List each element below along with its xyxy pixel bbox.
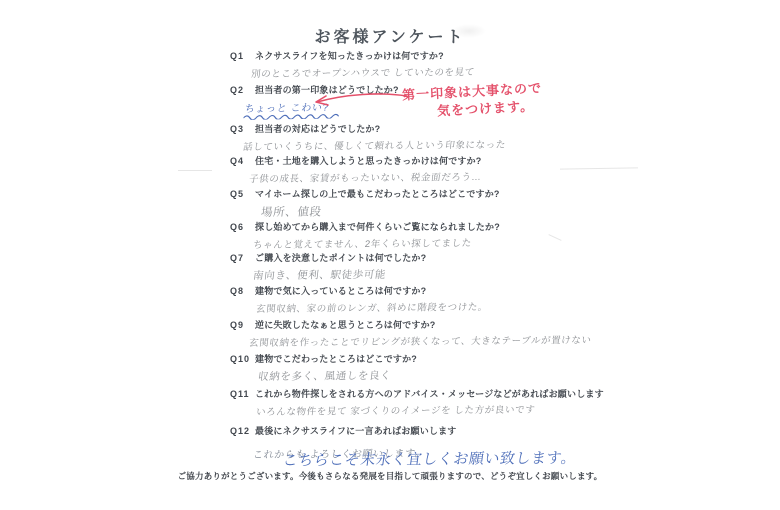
question-block-q1: Q1 ネクサスライフを知ったきっかけは何ですか? 別のところでオープンハウスで … xyxy=(230,49,476,80)
handwritten-answer: 南向き、便利、駅徒歩可能 xyxy=(252,269,386,282)
question-block-q10: Q10 建物でこだわったところはどこですか? 収納を多く、風通しを良く xyxy=(230,352,417,384)
question-block-q6: Q6 探し始めてから購入まで何件くらいご覧になられましたか? ちゃんと覚えてませ… xyxy=(230,220,500,251)
question-number: Q1 xyxy=(230,51,255,61)
survey-footer: ご協力ありがとうございます。今後もさらなる発展を目指して頑張りますので、どうぞ宜… xyxy=(0,470,780,482)
wavy-underline xyxy=(243,112,339,120)
question-text: 住宅・土地を購入しようと思ったきっかけは何ですか? xyxy=(255,154,482,167)
red-annotation-line2: 気をつけます。 xyxy=(437,95,535,119)
handwritten-answer: 話していくうちに、優しくて頼れる人という印象になった xyxy=(242,140,506,153)
question-text: マイホーム探しの上で最もこだわったところはどこですか? xyxy=(255,187,500,200)
question-number: Q5 xyxy=(230,189,255,199)
company-reply-handwriting: こちらこそ末永く宜しくお願い致します。 xyxy=(281,447,577,471)
handwritten-answer: 収納を多く、風通しを良く xyxy=(257,370,392,383)
handwritten-answer: 別のところでオープンハウスで していたのを見て xyxy=(250,67,475,80)
handwritten-answer: 子供の成長、家賃がもったいない、税金面だろう… xyxy=(248,172,482,185)
question-text: 担当者の対応はどうでしたか? xyxy=(255,122,380,135)
question-text: 建物でこだわったところはどこですか? xyxy=(255,352,417,365)
question-text: 逆に失敗したなぁと思うところは何ですか? xyxy=(255,318,436,331)
scan-artifact xyxy=(560,167,638,169)
question-text: ネクサスライフを知ったきっかけは何ですか? xyxy=(255,49,444,62)
question-number: Q9 xyxy=(230,320,255,330)
question-number: Q2 xyxy=(230,85,255,95)
question-text: 最後にネクサスライフに一言あればお願いします xyxy=(255,424,457,437)
question-text: これから物件探しをされる方へのアドバイス・メッセージなどがあればお願いします xyxy=(255,387,604,400)
handwritten-answer: いろんな物件を見て 家づくりのイメージを した方が良いです xyxy=(255,405,535,418)
question-number: Q3 xyxy=(230,124,255,134)
scanned-survey-page: お客様アンケート Q1 ネクサスライフを知ったきっかけは何ですか? 別のところで… xyxy=(0,0,780,510)
handwritten-answer: ちゃんと覚えてません、2年くらい探してました xyxy=(252,238,472,251)
question-text: 建物で気に入っているところは何ですか? xyxy=(255,284,426,297)
question-block-q7: Q7 ご購入を決意したポイントは何でしたか? 南向き、便利、駅徒歩可能 xyxy=(230,251,426,283)
question-block-q11: Q11 これから物件探しをされる方へのアドバイス・メッセージなどがあればお願いし… xyxy=(230,387,604,418)
scan-artifact xyxy=(178,170,212,171)
question-number: Q8 xyxy=(230,286,255,296)
question-block-q9: Q9 逆に失敗したなぁと思うところは何ですか? 玄関収納を作ったことでリビングが… xyxy=(230,318,592,349)
question-number: Q12 xyxy=(230,426,255,436)
red-arrow-icon xyxy=(308,92,408,108)
handwritten-answer: 玄関収納、家の前のレンガ、斜めに階段をつけた。 xyxy=(255,302,488,315)
scan-artifact xyxy=(548,234,561,241)
question-block-q3: Q3 担当者の対応はどうでしたか? 話していくうちに、優しくて頼れる人という印象… xyxy=(230,122,507,153)
handwritten-answer: 玄関収納を作ったことでリビングが狭くなって、大きなテーブルが置けない xyxy=(248,335,592,349)
question-block-q8: Q8 建物で気に入っているところは何ですか? 玄関収納、家の前のレンガ、斜めに階… xyxy=(230,284,489,315)
question-text: ご購入を決意したポイントは何でしたか? xyxy=(255,251,426,264)
question-number: Q10 xyxy=(230,354,255,364)
question-number: Q6 xyxy=(230,222,255,232)
handwritten-answer: 場所、値段 xyxy=(260,206,322,219)
survey-title: お客様アンケート xyxy=(0,24,780,47)
question-number: Q7 xyxy=(230,253,255,263)
question-block-q4: Q4 住宅・土地を購入しようと思ったきっかけは何ですか? 子供の成長、家賃がもっ… xyxy=(230,154,482,185)
question-number: Q11 xyxy=(230,389,255,399)
question-number: Q4 xyxy=(230,156,255,166)
question-text: 探し始めてから購入まで何件くらいご覧になられましたか? xyxy=(255,220,500,233)
question-block-q5: Q5 マイホーム探しの上で最もこだわったところはどこですか? 場所、値段 xyxy=(230,187,500,220)
